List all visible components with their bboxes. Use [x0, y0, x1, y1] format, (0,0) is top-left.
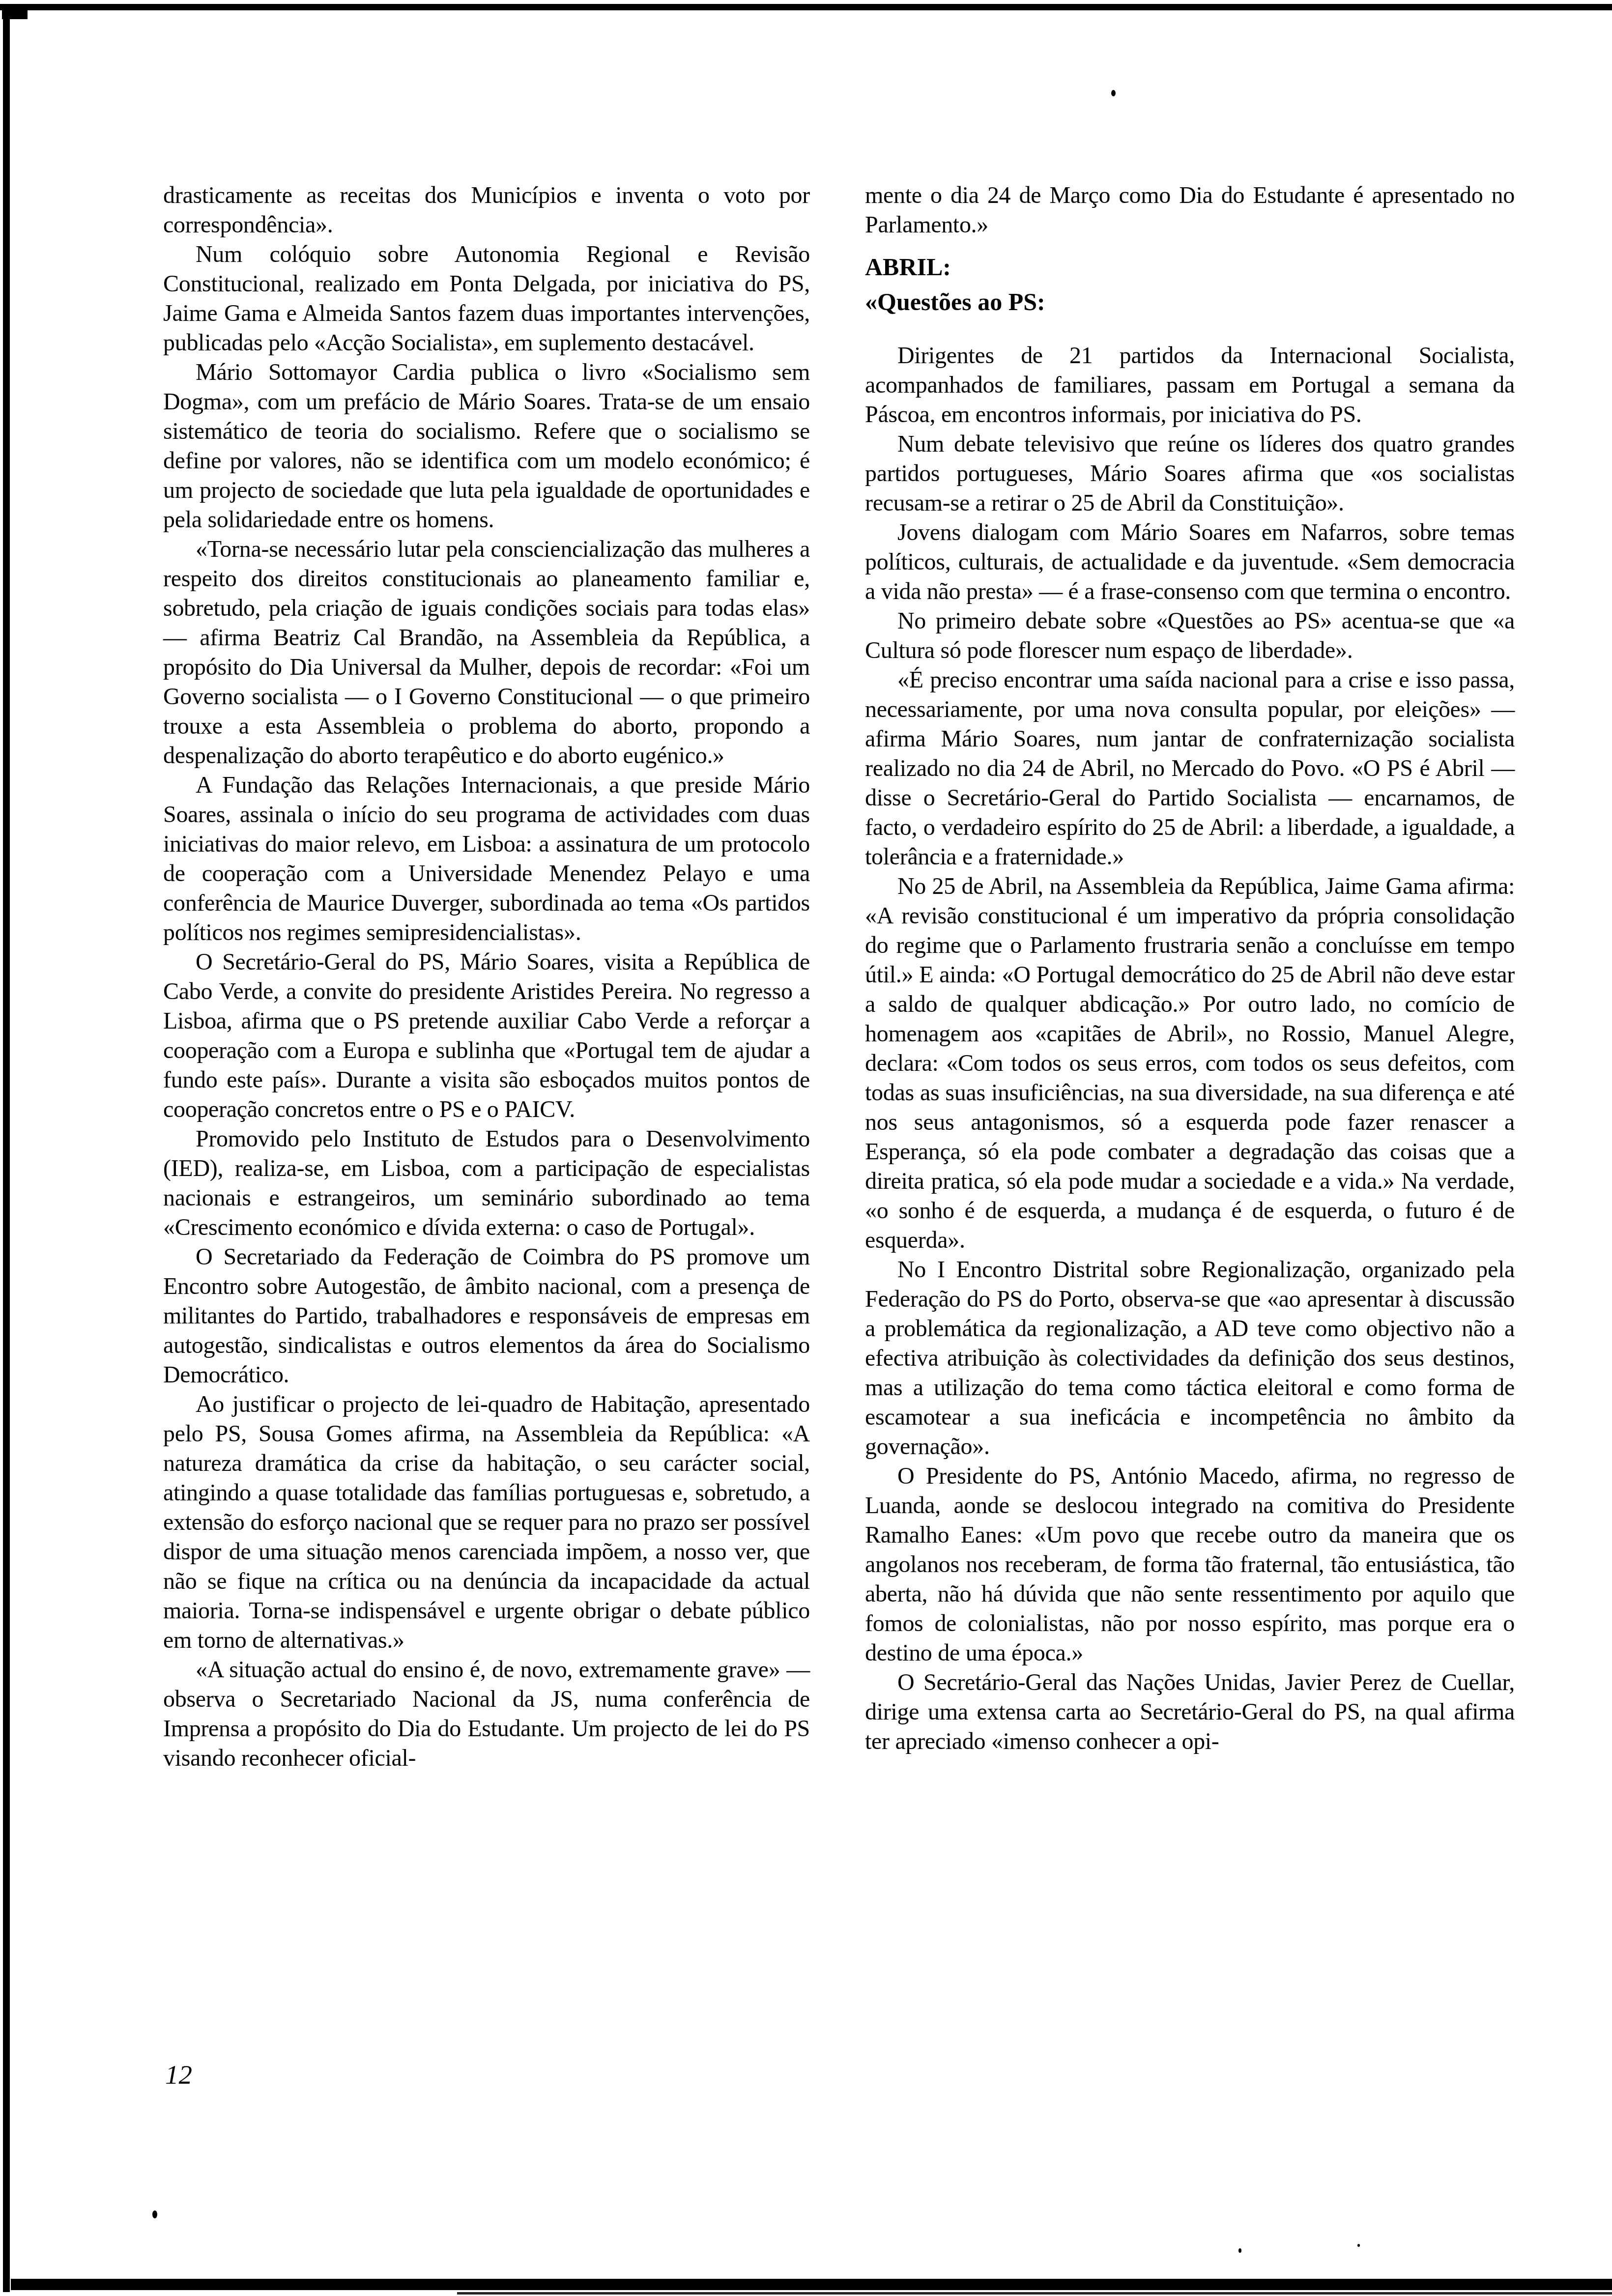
- right-paragraphs: Dirigentes de 21 partidos da Internacion…: [865, 341, 1515, 1756]
- paragraph: «A situação actual do ensino é, de novo,…: [163, 1655, 810, 1773]
- paragraph: Jovens dialogam com Mário Soares em Nafa…: [865, 518, 1515, 606]
- scan-edge-left: [3, 4, 10, 2292]
- page-number: 12: [165, 2060, 192, 2090]
- scan-speck: [1111, 90, 1116, 96]
- scan-edge-top: [0, 4, 1612, 10]
- right-text-column: mente o dia 24 de Março como Dia do Estu…: [865, 181, 1515, 1756]
- scan-speck: [1238, 2248, 1241, 2253]
- scanned-page: drasticamente as receitas dos Municípios…: [0, 0, 1612, 2296]
- paragraph: Mário Sottomayor Cardia publica o livro …: [163, 358, 810, 535]
- paragraph: «Torna-se necessário lutar pela conscien…: [163, 535, 810, 771]
- paragraph: Ao justificar o projecto de lei-quadro d…: [163, 1390, 810, 1655]
- left-text-column: drasticamente as receitas dos Municípios…: [163, 181, 810, 1773]
- paragraph: O Presidente do PS, António Macedo, afir…: [865, 1462, 1515, 1668]
- scan-edge-bottom-secondary: [457, 2292, 1612, 2295]
- paragraph: O Secretariado da Federação de Coimbra d…: [163, 1242, 810, 1390]
- paragraph: A Fundação das Relações Internacionais, …: [163, 771, 810, 947]
- section-heading: ABRIL: «Questões ao PS:: [865, 250, 1515, 319]
- paragraph: Num debate televisivo que reúne os líder…: [865, 430, 1515, 518]
- paragraph: Num colóquio sobre Autonomia Regional e …: [163, 240, 810, 358]
- paragraph: Dirigentes de 21 partidos da Internacion…: [865, 341, 1515, 430]
- paragraph: No 25 de Abril, na Assembleia da Repúbli…: [865, 872, 1515, 1255]
- scan-speck: [1357, 2244, 1360, 2247]
- paragraph: mente o dia 24 de Março como Dia do Estu…: [865, 181, 1515, 240]
- paragraph: No I Encontro Distrital sobre Regionaliz…: [865, 1255, 1515, 1462]
- scan-edge-bottom: [11, 2279, 1612, 2290]
- paragraph: O Secretário-Geral das Nações Unidas, Ja…: [865, 1668, 1515, 1756]
- paragraph: No primeiro debate sobre «Questões ao PS…: [865, 606, 1515, 665]
- scan-speck: [152, 2210, 157, 2218]
- paragraph: O Secretário-Geral do PS, Mário Soares, …: [163, 947, 810, 1124]
- scan-corner-blob: [2, 6, 28, 19]
- section-heading-title: «Questões ao PS:: [865, 285, 1515, 319]
- paragraph: Promovido pelo Instituto de Estudos para…: [163, 1124, 810, 1242]
- paragraph: «É preciso encontrar uma saída nacional …: [865, 665, 1515, 872]
- section-heading-month: ABRIL:: [865, 250, 1515, 285]
- paragraph: drasticamente as receitas dos Municípios…: [163, 181, 810, 240]
